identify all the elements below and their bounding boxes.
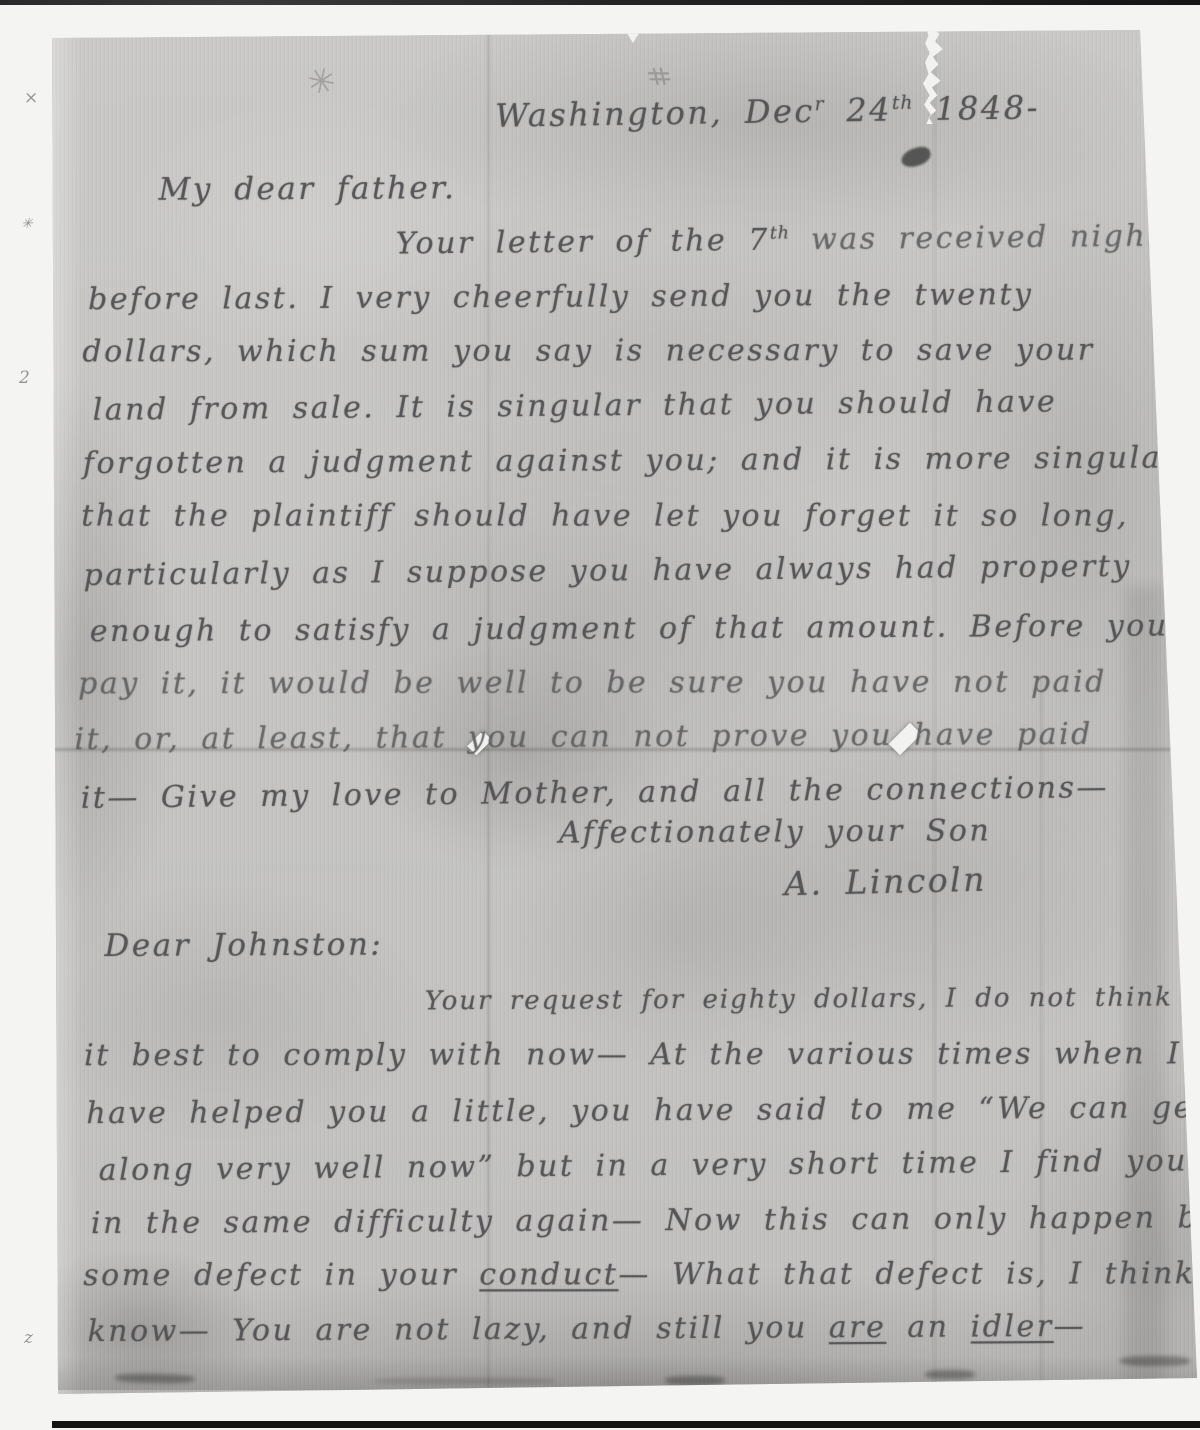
letter-line: forgotten a judgment against you; and it… xyxy=(83,440,1179,481)
dateline-year: 1848- xyxy=(935,88,1040,128)
line-text: Your letter of the 7 xyxy=(396,223,770,262)
letter-line: enough to satisfy a judgment of that amo… xyxy=(90,608,1169,649)
binding-mark: 2 xyxy=(19,368,30,388)
signature: A. Lincoln xyxy=(784,860,988,904)
handwriting-layer: Washington, Decr 24th 1848- My dear fath… xyxy=(45,20,1200,1398)
dateline: Washington, Decr 24th 1848- xyxy=(495,88,1040,135)
scanner-edge-top xyxy=(0,0,1200,5)
dateline-month: Dec xyxy=(744,92,815,131)
dateline-place: Washington, xyxy=(495,93,724,135)
letter-line: particularly as I suppose you have alway… xyxy=(83,549,1132,593)
dateline-superscript: r xyxy=(815,94,825,115)
line-text: was received night- xyxy=(811,218,1175,257)
scanner-edge-bottom xyxy=(52,1421,1200,1428)
line-text: — xyxy=(1054,1309,1087,1344)
letter-line: before last. I very cheerfully send you … xyxy=(88,277,1033,317)
letter-line: have helped you a little, you have said … xyxy=(86,1090,1200,1131)
underlined-word: conduct xyxy=(479,1257,618,1292)
letter-line: it— Give my love to Mother, and all the … xyxy=(81,770,1110,816)
letter-line: some defect in your conduct— What that d… xyxy=(83,1256,1200,1293)
dateline-superscript: th xyxy=(892,93,914,114)
binding-mark: × xyxy=(24,88,38,108)
letter-line: Your request for eighty dollars, I do no… xyxy=(425,982,1173,1016)
line-text: an xyxy=(907,1310,949,1345)
letter-line: it best to comply with now— At the vario… xyxy=(84,1036,1181,1073)
dateline-day: 24 xyxy=(846,91,892,130)
letter-line: land from sale. It is singular that you … xyxy=(93,384,1058,427)
letter-line: along very well now” but in a very short… xyxy=(99,1143,1189,1188)
line-text: — What that defect is, I think I xyxy=(618,1256,1200,1292)
salutation-johnston: Dear Johnston: xyxy=(104,927,383,964)
line-text: know— You are not lazy, and still you xyxy=(87,1310,807,1349)
underlined-word: are xyxy=(829,1310,887,1345)
letter-line: in the same difficulty again— Now this c… xyxy=(91,1200,1200,1241)
line-text: some defect in your xyxy=(83,1257,458,1293)
salutation-father: My dear father. xyxy=(158,170,456,208)
letter-line: it, or, at least, that you can not prove… xyxy=(74,717,1093,757)
binding-mark: z xyxy=(24,1328,33,1348)
underlined-word: idler xyxy=(971,1309,1054,1344)
closing: Affectionately your Son xyxy=(559,813,992,850)
letter-line: know— You are not lazy, and still you ar… xyxy=(87,1309,1086,1349)
letter-line: Your letter of the 7th was received nigh… xyxy=(396,218,1175,261)
binding-mark: ✳ xyxy=(21,216,33,232)
line-superscript: th xyxy=(770,223,790,243)
letter-page: ✳ # Washington, Decr 24th 1848- My dear … xyxy=(45,26,1200,1398)
letter-line: that the plaintiff should have let you f… xyxy=(81,498,1129,533)
scanned-letter-image: × ✳ 2 z ✳ # Washington, Decr 24th 18 xyxy=(0,0,1200,1430)
letter-line: pay it, it would be well to be sure you … xyxy=(78,665,1107,702)
letter-line: dollars, which sum you say is necessary … xyxy=(82,333,1094,370)
